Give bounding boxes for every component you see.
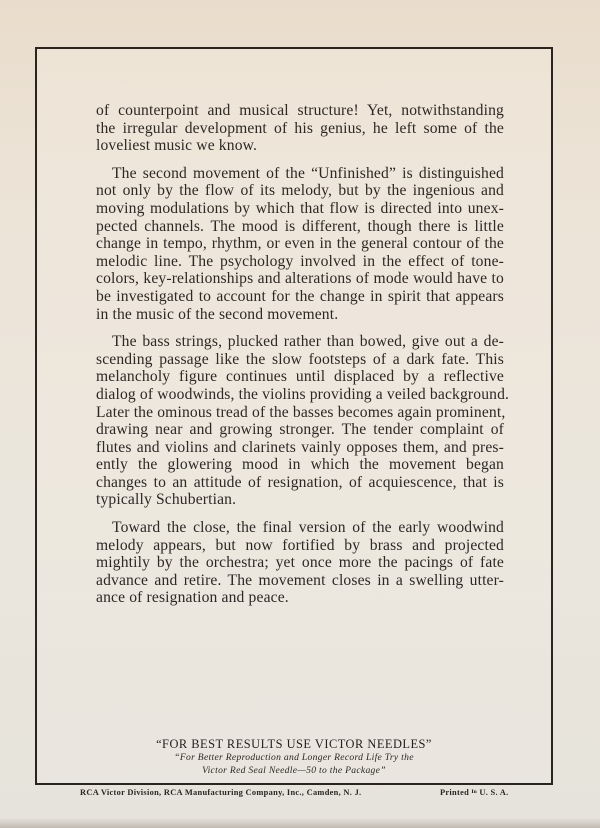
text-line: mightily by the orchestra; yet once more… [96, 554, 504, 572]
text-line: The bass strings, plucked rather than bo… [96, 333, 504, 351]
text-line: be investigated to account for the chang… [96, 288, 504, 306]
paragraph-3: The bass strings, plucked rather than bo… [96, 333, 504, 509]
text-line: The second movement of the “Unfinished” … [96, 165, 504, 183]
ad-subline-1: “For Better Reproduction and Longer Reco… [35, 752, 553, 764]
printed-in-usa: Printed ᴵⁿ U. S. A. [440, 788, 509, 797]
text-line: melancholy figure continues until displa… [96, 368, 504, 386]
text-line: of counterpoint and musical structure! Y… [96, 102, 504, 120]
ad-subline-2: Victor Red Seal Needle—50 to the Package… [35, 765, 553, 777]
text-line: Toward the close, the final version of t… [96, 519, 504, 537]
text-line: changes to an attitude of resignation, o… [96, 474, 504, 492]
text-line: loveliest music we know. [96, 137, 504, 155]
text-line: advance and retire. The movement closes … [96, 572, 504, 590]
body-text: of counterpoint and musical structure! Y… [96, 102, 504, 617]
text-line: drawing near and growing stronger. The t… [96, 421, 504, 439]
paragraph-2: The second movement of the “Unfinished” … [96, 165, 504, 323]
publisher-imprint: RCA Victor Division, RCA Manufacturing C… [80, 788, 361, 797]
ad-headline: “FOR BEST RESULTS USE VICTOR NEEDLES” [35, 737, 553, 751]
text-line: ently the glowering mood in which the mo… [96, 456, 504, 474]
text-line: melody appears, but now fortified by bra… [96, 537, 504, 555]
paper-bottom-edge [0, 818, 600, 828]
victor-needles-advertisement: “FOR BEST RESULTS USE VICTOR NEEDLES” “F… [35, 737, 553, 776]
text-line: not only by the flow of its melody, but … [96, 182, 504, 200]
paragraph-1: of counterpoint and musical structure! Y… [96, 102, 504, 155]
text-line: in the music of the second movement. [96, 306, 504, 324]
text-line: Later the ominous tread of the basses be… [96, 404, 504, 422]
paragraph-4: Toward the close, the final version of t… [96, 519, 504, 607]
text-line: flutes and violins and clarinets vainly … [96, 439, 504, 457]
text-line: moving modulations by which that flow is… [96, 200, 504, 218]
text-line: pected channels. The mood is different, … [96, 218, 504, 236]
text-line: typically Schubertian. [96, 491, 504, 509]
text-line: change in tempo, rhythm, or even in the … [96, 235, 504, 253]
text-line: melodic line. The psychology involved in… [96, 253, 504, 271]
text-line: dialog of woodwinds, the violins providi… [96, 386, 504, 404]
text-line: the irregular development of his genius,… [96, 120, 504, 138]
text-line: scending passage like the slow footsteps… [96, 351, 504, 369]
text-line: ance of resignation and peace. [96, 589, 504, 607]
text-line: colors, key-relationships and alteration… [96, 270, 504, 288]
